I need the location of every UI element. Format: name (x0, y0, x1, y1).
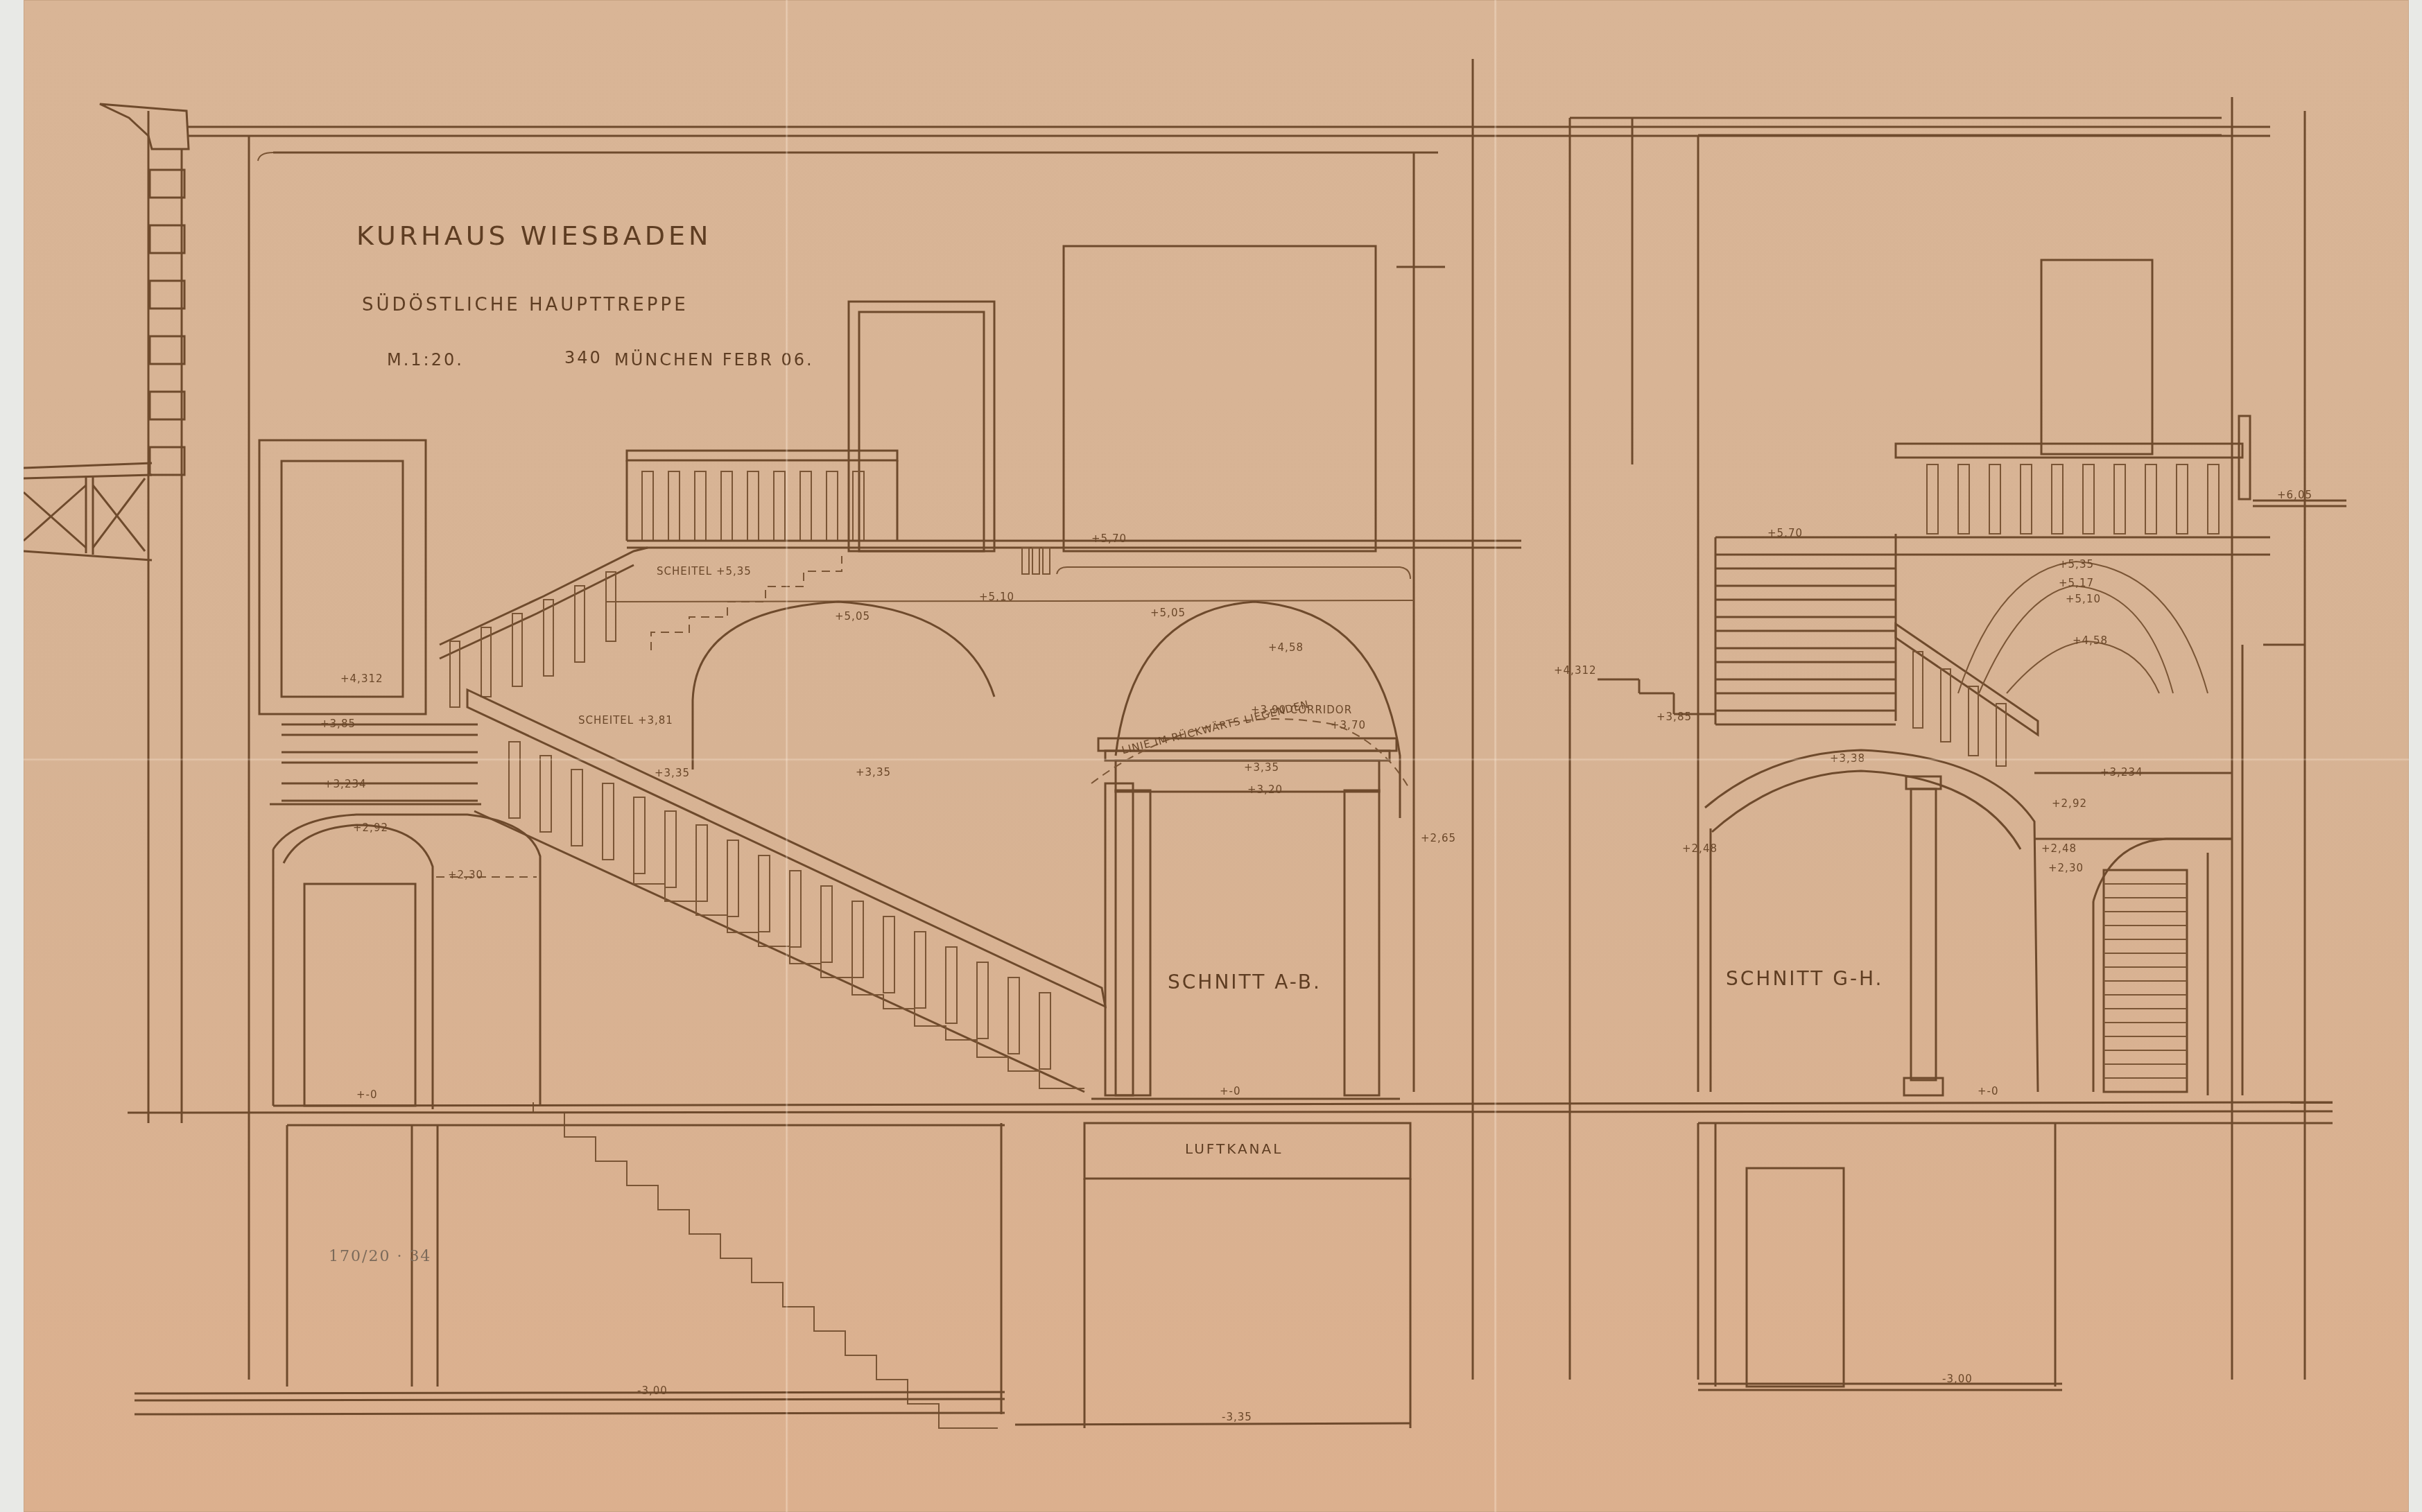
level-label: +3,234 (2100, 766, 2143, 779)
level-label: +2,48 (1682, 842, 1718, 855)
level-label: +-0 (1978, 1085, 1999, 1097)
level-label: +3,35 (655, 767, 690, 779)
level-label: +3,35 (856, 766, 891, 779)
section-gh-label: SCHNITT G-H. (1726, 967, 1883, 990)
level-label: +6,05 (2277, 489, 2312, 501)
level-label: +4,58 (1268, 641, 1304, 654)
level-label: +5,05 (1150, 607, 1186, 619)
corridor-level-2: +3,70 (1331, 719, 1366, 731)
level-label: -3,00 (637, 1384, 668, 1397)
portal (1091, 738, 1400, 1099)
drawing-scale: M.1:20. (387, 350, 464, 370)
level-label: +3,234 (324, 778, 367, 790)
section-ab-label: SCHNITT A-B. (1168, 971, 1322, 993)
level-label: +5,70 (1091, 532, 1127, 545)
level-label: +3,20 (1247, 783, 1283, 796)
level-label: -3,00 (1942, 1373, 1973, 1385)
level-label: +4,58 (2073, 634, 2108, 647)
crown-lower-note: SCHEITEL +3,81 (578, 714, 673, 727)
level-label: -3,35 (1222, 1411, 1252, 1423)
corridor-level: +3,90 CORRIDOR (1251, 704, 1352, 716)
drawing-subject: SÜDÖSTLICHE HAUPTTREPPE (362, 295, 689, 315)
section-ab (128, 59, 2333, 1428)
level-label: +5,10 (979, 591, 1014, 603)
level-label: +2,30 (2048, 862, 2084, 874)
pencil-note: 170/20 · 34 (329, 1248, 431, 1265)
level-label: +4,312 (340, 672, 383, 685)
level-label: +2,65 (1421, 832, 1456, 844)
level-label: +5,17 (2059, 577, 2094, 589)
place-date: MÜNCHEN FEBR 06. (614, 350, 814, 370)
level-label: +4,312 (1554, 664, 1597, 677)
level-label: +3,85 (1657, 711, 1692, 723)
level-label: +3,35 (1244, 761, 1279, 774)
level-label: +5,70 (1767, 527, 1803, 539)
level-label: +5,35 (2059, 558, 2094, 571)
level-label: +3,38 (1830, 752, 1865, 765)
level-label: +2,92 (353, 822, 388, 834)
level-label: +2,48 (2041, 842, 2077, 855)
sheet-number: 340 (564, 348, 603, 367)
roof-truss (24, 463, 152, 560)
air-duct-label: LUFTKANAL (1185, 1140, 1283, 1157)
level-label: +2,30 (448, 869, 483, 881)
level-label: +-0 (356, 1088, 378, 1101)
level-label: +2,92 (2052, 797, 2087, 810)
level-label: +5,10 (2066, 593, 2101, 605)
level-label: +5,05 (835, 610, 870, 623)
level-label: +-0 (1220, 1085, 1241, 1097)
crown-upper-note: SCHEITEL +5,35 (657, 565, 752, 577)
project-title: KURHAUS WIESBADEN (356, 220, 711, 251)
drawing-sheet: KURHAUS WIESBADEN SÜDÖSTLICHE HAUPTTREPP… (24, 0, 2409, 1512)
section-gh (1570, 97, 2346, 1390)
level-label: +3,85 (320, 718, 356, 730)
